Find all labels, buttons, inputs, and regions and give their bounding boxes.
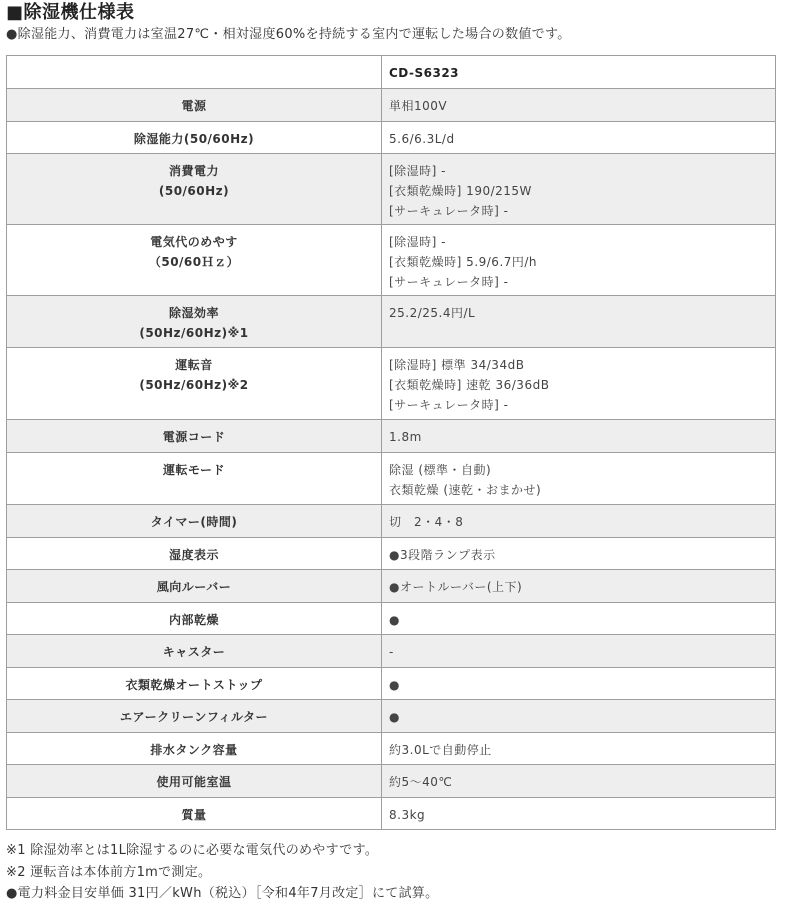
spec-label-cell: 電源コード: [7, 420, 382, 453]
spec-label-cell: 運転音(50Hz/60Hz)※2: [7, 348, 382, 420]
spec-label-cell: 除湿能力(50/60Hz): [7, 122, 382, 154]
spec-value-line: ●: [389, 675, 775, 695]
spec-value-line: 単相100V: [389, 96, 775, 116]
table-row: 排水タンク容量約3.0Lで自動停止: [7, 733, 776, 765]
spec-label-cell: 質量: [7, 798, 382, 830]
table-row: エアークリーンフィルター●: [7, 700, 776, 733]
model-name: CD-S6323: [382, 56, 776, 89]
spec-label-cell: 排水タンク容量: [7, 733, 382, 765]
footnote-3: ●電力料金目安単価 31円／kWh（税込）［令和4年7月改定］にて試算。: [6, 883, 438, 905]
table-row: 風向ルーバー●オートルーバー(上下): [7, 570, 776, 603]
spec-value-line: -: [389, 642, 775, 662]
spec-value-line: [サーキュレータ時] -: [389, 201, 775, 221]
spec-label-line: 使用可能室温: [7, 772, 381, 792]
table-row: 衣類乾燥オートストップ●: [7, 668, 776, 700]
table-header-row: CD-S6323: [7, 56, 776, 89]
spec-label-line: キャスター: [7, 642, 381, 662]
spec-value-cell: 単相100V: [382, 89, 776, 122]
spec-value-cell: 約3.0Lで自動停止: [382, 733, 776, 765]
spec-label-line: 電源: [7, 96, 381, 116]
spec-value-cell: ●3段階ランプ表示: [382, 538, 776, 570]
table-row: 電源コード1.8m: [7, 420, 776, 453]
spec-label-line: タイマー(時間): [7, 512, 381, 532]
spec-value-line: 1.8m: [389, 427, 775, 447]
spec-value-cell: ●: [382, 668, 776, 700]
spec-value-line: 除湿 (標準・自動): [389, 460, 775, 480]
table-row: 除湿効率(50Hz/60Hz)※125.2/25.4円/L: [7, 296, 776, 348]
spec-value-line: ●オートルーバー(上下): [389, 577, 775, 597]
spec-value-cell: [除湿時] -[衣類乾燥時] 190/215W[サーキュレータ時] -: [382, 154, 776, 225]
spec-label-line: (50Hz/60Hz)※2: [7, 375, 381, 395]
spec-label-line: (50/60Hz): [7, 181, 381, 201]
footnote-2: ※2 運転音は本体前方1mで測定。: [6, 862, 438, 884]
spec-label-line: エアークリーンフィルター: [7, 707, 381, 727]
spec-label-cell: キャスター: [7, 635, 382, 668]
spec-label-cell: 使用可能室温: [7, 765, 382, 798]
spec-value-line: ●: [389, 610, 775, 630]
table-row: 電気代のめやす（50/60Ｈｚ）[除湿時] -[衣類乾燥時] 5.9/6.7円/…: [7, 225, 776, 296]
spec-label-cell: 運転モード: [7, 453, 382, 505]
spec-label-line: 除湿効率: [7, 303, 381, 323]
spec-value-line: [衣類乾燥時] 190/215W: [389, 181, 775, 201]
spec-label-line: 電源コード: [7, 427, 381, 447]
spec-label-cell: タイマー(時間): [7, 505, 382, 538]
spec-label-cell: 風向ルーバー: [7, 570, 382, 603]
spec-value-cell: -: [382, 635, 776, 668]
spec-label-line: 質量: [7, 805, 381, 825]
spec-value-cell: 約5～40℃: [382, 765, 776, 798]
spec-label-line: （50/60Ｈｚ）: [7, 252, 381, 272]
spec-value-line: [サーキュレータ時] -: [389, 272, 775, 292]
spec-value-cell: [除湿時] -[衣類乾燥時] 5.9/6.7円/h[サーキュレータ時] -: [382, 225, 776, 296]
spec-label-line: 湿度表示: [7, 545, 381, 565]
spec-label-line: (50Hz/60Hz)※1: [7, 323, 381, 343]
spec-label-line: 運転モード: [7, 460, 381, 480]
spec-label-line: 除湿能力(50/60Hz): [7, 129, 381, 149]
spec-label-line: 排水タンク容量: [7, 740, 381, 760]
spec-value-line: ●3段階ランプ表示: [389, 545, 775, 565]
table-row: 内部乾燥●: [7, 603, 776, 635]
spec-label-cell: エアークリーンフィルター: [7, 700, 382, 733]
footnotes: ※1 除湿効率とは1L除湿するのに必要な電気代のめやすです。 ※2 運転音は本体…: [6, 840, 438, 905]
page-title: ■除湿機仕様表: [6, 1, 135, 25]
spec-value-line: [衣類乾燥時] 速乾 36/36dB: [389, 375, 775, 395]
spec-label-cell: 湿度表示: [7, 538, 382, 570]
spec-label-line: 風向ルーバー: [7, 577, 381, 597]
spec-value-line: [衣類乾燥時] 5.9/6.7円/h: [389, 252, 775, 272]
spec-value-line: [除湿時] 標準 34/34dB: [389, 355, 775, 375]
intro-note: ●除湿能力、消費電力は室温27℃・相対湿度60%を持続する室内で運転した場合の数…: [6, 25, 571, 45]
table-row: 運転モード除湿 (標準・自動)衣類乾燥 (速乾・おまかせ): [7, 453, 776, 505]
table-row: 除湿能力(50/60Hz)5.6/6.3L/d: [7, 122, 776, 154]
spec-value-line: ●: [389, 707, 775, 727]
spec-label-line: 衣類乾燥オートストップ: [7, 675, 381, 695]
spec-label-line: 運転音: [7, 355, 381, 375]
spec-label-line: 内部乾燥: [7, 610, 381, 630]
footnote-1: ※1 除湿効率とは1L除湿するのに必要な電気代のめやすです。: [6, 840, 438, 862]
spec-label-cell: 電気代のめやす（50/60Ｈｚ）: [7, 225, 382, 296]
spec-value-cell: ●: [382, 603, 776, 635]
spec-label-cell: 消費電力(50/60Hz): [7, 154, 382, 225]
spec-value-cell: 5.6/6.3L/d: [382, 122, 776, 154]
spec-table: CD-S6323 電源単相100V除湿能力(50/60Hz)5.6/6.3L/d…: [6, 55, 776, 830]
spec-label-cell: 電源: [7, 89, 382, 122]
spec-label-line: 消費電力: [7, 161, 381, 181]
spec-value-line: 衣類乾燥 (速乾・おまかせ): [389, 480, 775, 500]
spec-label-cell: 除湿効率(50Hz/60Hz)※1: [7, 296, 382, 348]
spec-value-line: 8.3kg: [389, 805, 775, 825]
table-row: 質量8.3kg: [7, 798, 776, 830]
table-row: 使用可能室温約5～40℃: [7, 765, 776, 798]
spec-value-line: [除湿時] -: [389, 232, 775, 252]
spec-value-line: 約5～40℃: [389, 772, 775, 792]
table-row: 電源単相100V: [7, 89, 776, 122]
spec-value-cell: ●オートルーバー(上下): [382, 570, 776, 603]
spec-value-line: 25.2/25.4円/L: [389, 303, 775, 323]
spec-value-line: [除湿時] -: [389, 161, 775, 181]
table-row: キャスター-: [7, 635, 776, 668]
spec-value-cell: 1.8m: [382, 420, 776, 453]
spec-value-line: [サーキュレータ時] -: [389, 395, 775, 415]
spec-value-cell: 8.3kg: [382, 798, 776, 830]
spec-value-line: 約3.0Lで自動停止: [389, 740, 775, 760]
spec-value-cell: ●: [382, 700, 776, 733]
table-row: 湿度表示●3段階ランプ表示: [7, 538, 776, 570]
spec-label-cell: 内部乾燥: [7, 603, 382, 635]
spec-label-cell: 衣類乾燥オートストップ: [7, 668, 382, 700]
table-row: タイマー(時間)切 2・4・8: [7, 505, 776, 538]
spec-value-line: 切 2・4・8: [389, 512, 775, 532]
spec-value-cell: [除湿時] 標準 34/34dB[衣類乾燥時] 速乾 36/36dB[サーキュレ…: [382, 348, 776, 420]
spec-value-line: 5.6/6.3L/d: [389, 129, 775, 149]
header-label-cell: [7, 56, 382, 89]
table-row: 運転音(50Hz/60Hz)※2[除湿時] 標準 34/34dB[衣類乾燥時] …: [7, 348, 776, 420]
spec-value-cell: 除湿 (標準・自動)衣類乾燥 (速乾・おまかせ): [382, 453, 776, 505]
table-row: 消費電力(50/60Hz)[除湿時] -[衣類乾燥時] 190/215W[サーキ…: [7, 154, 776, 225]
spec-label-line: 電気代のめやす: [7, 232, 381, 252]
spec-value-cell: 25.2/25.4円/L: [382, 296, 776, 348]
spec-value-cell: 切 2・4・8: [382, 505, 776, 538]
